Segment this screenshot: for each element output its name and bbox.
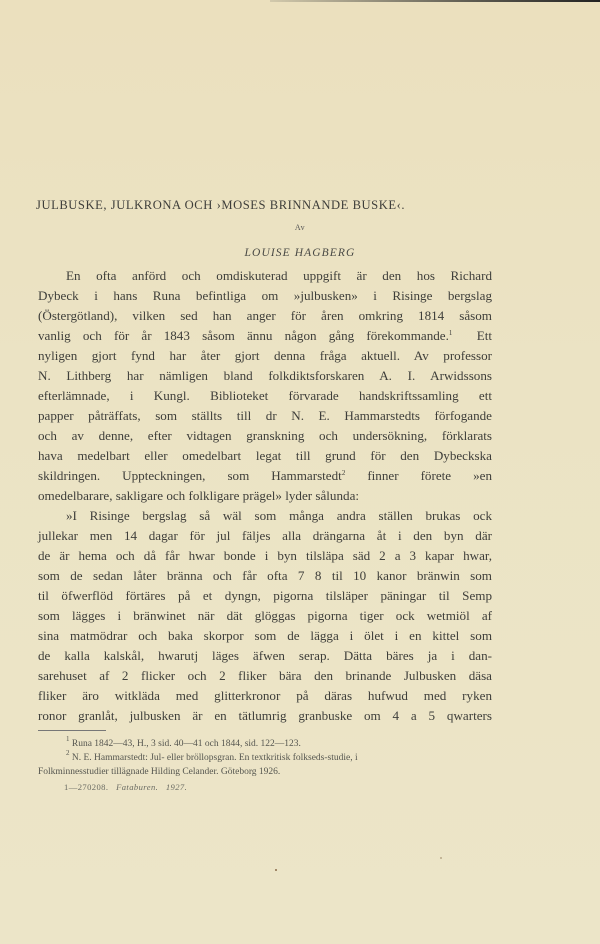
body-line-text: skildringen. Uppteckningen, som Hammarst… xyxy=(38,468,342,483)
body-line: (Östergötland), vilken sed han anger för… xyxy=(38,306,492,326)
quote-line: som lägges i bränwinet när dät glöggas p… xyxy=(38,606,492,626)
document-page: JULBUSKE, JULKRONA OCH ›MOSES BRINNANDE … xyxy=(0,0,600,944)
paper-speck xyxy=(275,869,277,871)
quote-line: som de sedan låter bränna och får ofta 7… xyxy=(38,566,492,586)
body-line: omedelbarare, sakligare och folkligare p… xyxy=(38,486,492,506)
quote-line: til öfwerflöd förtäres på et dyngn, pigo… xyxy=(38,586,492,606)
printer-line: 1—270208. Fataburen. 1927. xyxy=(64,782,187,792)
paper-speck xyxy=(440,857,442,859)
print-code: 1—270208. xyxy=(64,782,108,792)
quote-line: de är hema och då får hwar bonde i byn t… xyxy=(38,546,492,566)
footnote-marker-1: 1 xyxy=(66,735,70,743)
quote-line: sina matmödrar och baka skorpor som de l… xyxy=(38,626,492,646)
quote-line: ronor granlåt, julbusken är en tätlumrig… xyxy=(38,706,492,726)
footnote-ref-1[interactable]: 1 xyxy=(449,329,453,337)
body-line-text: vanlig och för år 1843 såsom ännu någon … xyxy=(38,328,449,343)
body-line-with-footnote: skildringen. Uppteckningen, som Hammarst… xyxy=(38,466,492,486)
author-name: LOUISE HAGBERG xyxy=(0,247,600,259)
body-line: Dybeck i hans Runa befintliga om »julbus… xyxy=(38,286,492,306)
scan-edge xyxy=(270,0,600,2)
body-line: papper påträffats, som ställts till dr N… xyxy=(38,406,492,426)
article-title: JULBUSKE, JULKRONA OCH ›MOSES BRINNANDE … xyxy=(36,198,566,213)
body-line: En ofta anförd och omdiskuterad uppgift … xyxy=(38,266,492,286)
footnote-ref-2[interactable]: 2 xyxy=(342,469,346,477)
footnotes: 1 Runa 1842—43, H., 3 sid. 40—41 och 184… xyxy=(38,737,498,779)
quote-line: »I Risinge bergslag så wäl som många and… xyxy=(38,506,492,526)
journal-name: Fataburen. xyxy=(116,782,158,792)
quote-line: sarehuset af 2 flicker och 2 fliker bära… xyxy=(38,666,492,686)
body-line: hava medelbart eller omedelbart legat ti… xyxy=(38,446,492,466)
journal-year: 1927. xyxy=(166,782,187,792)
article-body: En ofta anförd och omdiskuterad uppgift … xyxy=(38,266,492,726)
footnote-2: 2 N. E. Hammarstedt: Jul- eller bröllops… xyxy=(38,751,498,765)
footnote-text: N. E. Hammarstedt: Jul- eller bröllopsgr… xyxy=(72,753,358,763)
footnote-divider xyxy=(38,730,106,731)
body-line: och av denne, efter vidtagen granskning … xyxy=(38,426,492,446)
quote-line: de kalla kalskål, hwarutj läges äfwen se… xyxy=(38,646,492,666)
footnote-1: 1 Runa 1842—43, H., 3 sid. 40—41 och 184… xyxy=(38,737,498,751)
body-line-tail: Ett xyxy=(477,328,492,343)
quote-line: jullekar men 14 dagar för jul fäljes all… xyxy=(38,526,492,546)
byline-label: Av xyxy=(0,223,600,232)
footnote-2-continued: Folkminnesstudier tillägnade Hilding Cel… xyxy=(38,765,498,779)
footnote-marker-2: 2 xyxy=(66,749,70,757)
quote-line: fliker äro witkläda med glitterkronor på… xyxy=(38,686,492,706)
body-line-with-footnote: vanlig och för år 1843 såsom ännu någon … xyxy=(38,326,492,346)
body-line: N. Lithberg har nämligen bland folkdikts… xyxy=(38,366,492,386)
body-line: nyligen gjort fynd har åter gjort denna … xyxy=(38,346,492,366)
footnote-text: Runa 1842—43, H., 3 sid. 40—41 och 1844,… xyxy=(72,739,301,749)
body-line: efterlämnade, i Kungl. Biblioteket förva… xyxy=(38,386,492,406)
body-line-tail: finner förete »en xyxy=(367,468,492,483)
